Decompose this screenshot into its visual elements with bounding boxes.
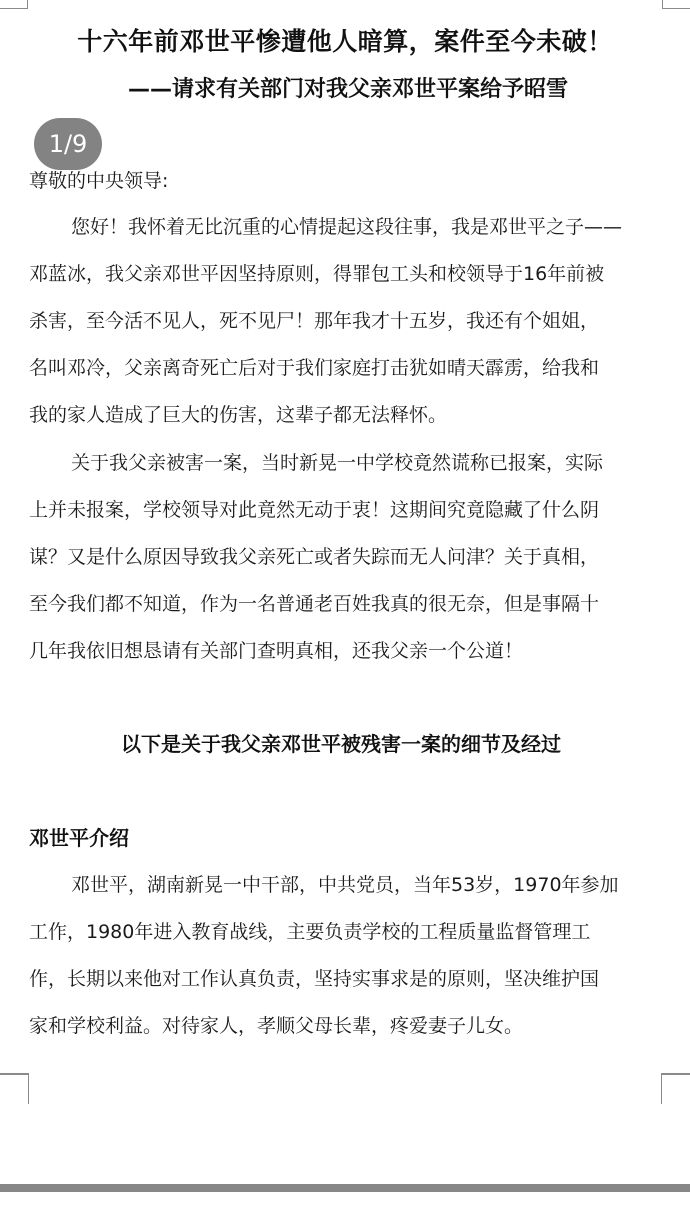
paragraph-line: 杀害，至今活不见人，死不见尸！那年我才十五岁，我还有个姐姐，	[29, 298, 661, 345]
paragraph-line: 邓蓝冰，我父亲邓世平因坚持原则，得罪包工头和校领导于16年前被	[29, 251, 661, 298]
paragraph-line: 家和学校利益。对待家人，孝顺父母长辈，疼爱妻子儿女。	[29, 1003, 661, 1050]
crop-mark-top-right	[662, 0, 690, 9]
page-indicator-text: 1/9	[49, 130, 88, 158]
document-subtitle: ——请求有关部门对我父亲邓世平案给予昭雪	[0, 72, 690, 103]
paragraph-line: 关于我父亲被害一案，当时新晃一中学校竟然谎称已报案，实际	[29, 440, 661, 487]
paragraph-line: 谋？又是什么原因导致我父亲死亡或者失踪而无人问津？关于真相，	[29, 534, 661, 581]
paragraph-line: 名叫邓冷，父亲离奇死亡后对于我们家庭打击犹如晴天霹雳，给我和	[29, 345, 661, 392]
section-heading: 以下是关于我父亲邓世平被残害一案的细节及经过	[0, 728, 690, 757]
paragraph-line: 几年我依旧想恳请有关部门查明真相，还我父亲一个公道！	[29, 628, 661, 675]
salutation: 尊敬的中央领导:	[29, 166, 168, 193]
crop-mark-top-left	[0, 0, 28, 9]
paragraph-line: 作，长期以来他对工作认真负责，坚持实事求是的原则，坚决维护国	[29, 956, 661, 1003]
paragraph-case: 关于我父亲被害一案，当时新晃一中学校竟然谎称已报案，实际 上并未报案，学校领导对…	[29, 440, 661, 675]
paragraph-line: 工作，1980年进入教育战线，主要负责学校的工程质量监督管理工	[29, 909, 661, 956]
paragraph-line: 我的家人造成了巨大的伤害，这辈子都无法释怀。	[29, 392, 661, 439]
paragraph-intro: 您好！我怀着无比沉重的心情提起这段往事，我是邓世平之子—— 邓蓝冰，我父亲邓世平…	[29, 204, 661, 439]
paragraph-line: 至今我们都不知道，作为一名普通老百姓我真的很无奈，但是事隔十	[29, 581, 661, 628]
paragraph-line: 邓世平，湖南新晃一中干部，中共党员，当年53岁，1970年参加	[29, 862, 661, 909]
crop-mark-bottom-right	[661, 1073, 690, 1104]
crop-mark-bottom-left	[0, 1073, 29, 1104]
document-title: 十六年前邓世平惨遭他人暗算，案件至今未破！	[0, 22, 690, 58]
page-indicator-badge: 1/9	[34, 118, 102, 170]
paragraph-biography: 邓世平，湖南新晃一中干部，中共党员，当年53岁，1970年参加 工作，1980年…	[29, 862, 661, 1050]
page-separator	[0, 1184, 690, 1192]
sub-heading-introduction: 邓世平介绍	[29, 822, 129, 851]
paragraph-line: 上并未报案，学校领导对此竟然无动于衷！这期间究竟隐藏了什么阴	[29, 487, 661, 534]
paragraph-line: 您好！我怀着无比沉重的心情提起这段往事，我是邓世平之子——	[29, 204, 661, 251]
